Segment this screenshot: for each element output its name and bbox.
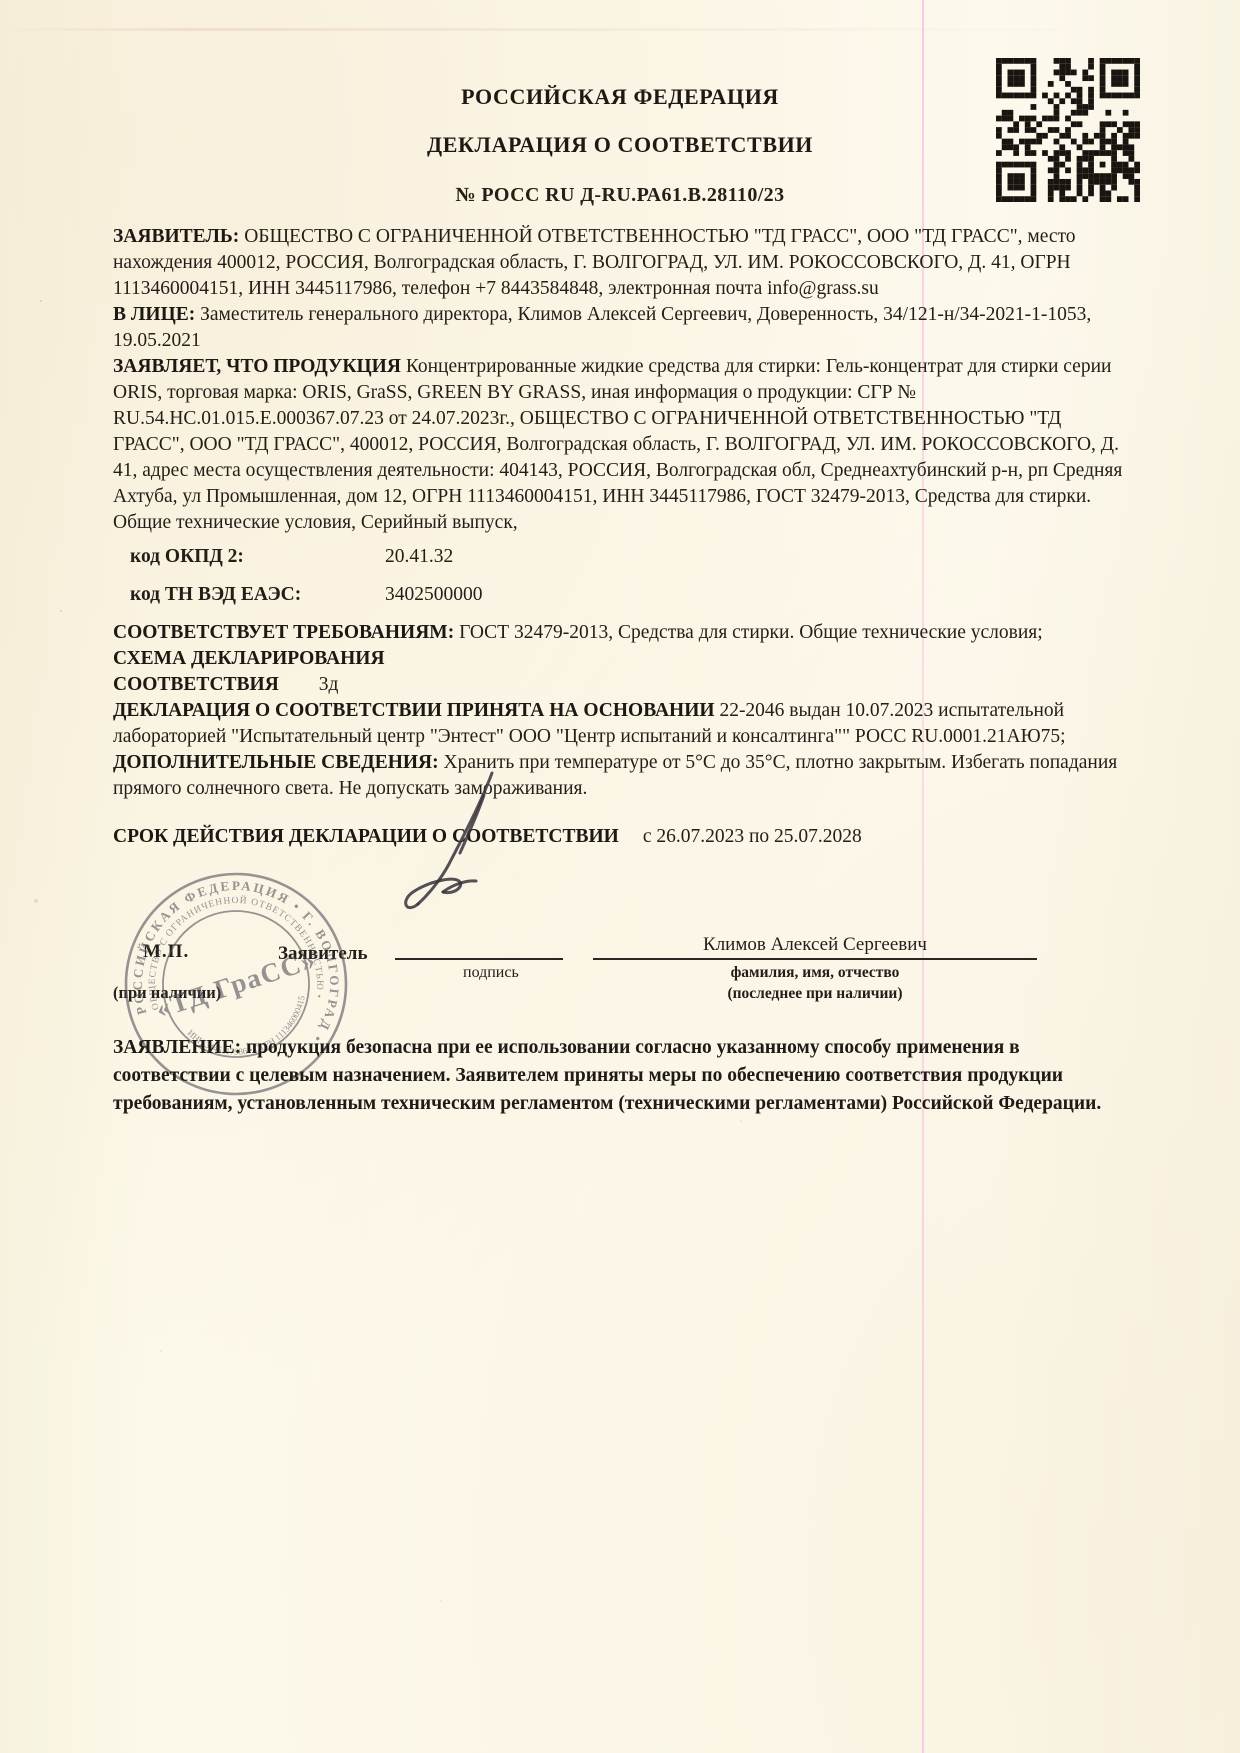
statement-label: ЗАЯВЛЕНИЕ: [113, 1037, 241, 1058]
mp-mark: М.П. [143, 941, 189, 963]
applicant-paragraph: ЗАЯВИТЕЛЬ: ОБЩЕСТВО С ОГРАНИЧЕННОЙ ОТВЕТ… [113, 224, 1131, 302]
additional-label: ДОПОЛНИТЕЛЬНЫЕ СВЕДЕНИЯ: [113, 752, 439, 773]
name-caption-note: (последнее при наличии) [593, 985, 1037, 1003]
applicant-label: ЗАЯВИТЕЛЬ: [113, 226, 239, 247]
statement-text: продукция безопасна при ее использовании… [113, 1037, 1101, 1114]
tnved-label: код ТН ВЭД ЕАЭС: [130, 582, 385, 608]
okpd-row: код ОКПД 2: 20.41.32 [130, 544, 1131, 570]
scheme-value: 3д [319, 674, 339, 695]
tnved-value: 3402500000 [385, 582, 483, 608]
scheme-line1: СХЕМА ДЕКЛАРИРОВАНИЯ [113, 646, 1131, 672]
tnved-row: код ТН ВЭД ЕАЭС: 3402500000 [130, 582, 1131, 608]
in-person-paragraph: В ЛИЦЕ: Заместитель генерального директо… [113, 302, 1131, 354]
complies-paragraph: СООТВЕТСТВУЕТ ТРЕБОВАНИЯМ: ГОСТ 32479-20… [113, 620, 1131, 646]
codes-block: код ОКПД 2: 20.41.32 код ТН ВЭД ЕАЭС: 34… [130, 544, 1131, 608]
basis-label: ДЕКЛАРАЦИЯ О СООТВЕТСТВИИ ПРИНЯТА НА ОСН… [113, 700, 715, 721]
scheme-label1: СХЕМА ДЕКЛАРИРОВАНИЯ [113, 648, 385, 669]
paper-crease [0, 28, 1240, 31]
validity-label: СРОК ДЕЙСТВИЯ ДЕКЛАРАЦИИ О СООТВЕТСТВИИ [113, 826, 619, 847]
name-line [593, 958, 1037, 960]
signature-line [395, 958, 563, 960]
product-label: ЗАЯВЛЯЕТ, ЧТО ПРОДУКЦИЯ [113, 356, 401, 377]
complies-text: ГОСТ 32479-2013, Средства для стирки. Об… [454, 622, 1043, 643]
product-paragraph: ЗАЯВЛЯЕТ, ЧТО ПРОДУКЦИЯ Концентрированны… [113, 354, 1131, 536]
complies-label: СООТВЕТСТВУЕТ ТРЕБОВАНИЯМ: [113, 622, 454, 643]
product-text: Концентрированные жидкие средства для ст… [113, 356, 1122, 533]
declaration-document: РОССИЙСКАЯ ФЕДЕРАЦИЯ ДЕКЛАРАЦИЯ О СООТВЕ… [0, 0, 1240, 1753]
applicant-role-label: Заявитель [278, 943, 368, 965]
scheme-label2: СООТВЕТСТВИЯ [113, 674, 279, 695]
okpd-value: 20.41.32 [385, 544, 453, 570]
validity-paragraph: СРОК ДЕЙСТВИЯ ДЕКЛАРАЦИИ О СООТВЕТСТВИИс… [113, 824, 1131, 850]
signer-name: Климов Алексей Сергеевич [593, 934, 1037, 956]
in-person-label: В ЛИЦЕ: [113, 304, 195, 325]
qr-code [996, 58, 1140, 202]
document-body: ЗАЯВИТЕЛЬ: ОБЩЕСТВО С ОГРАНИЧЕННОЙ ОТВЕТ… [113, 224, 1131, 850]
additional-paragraph: ДОПОЛНИТЕЛЬНЫЕ СВЕДЕНИЯ: Хранить при тем… [113, 750, 1131, 802]
applicant-text: ОБЩЕСТВО С ОГРАНИЧЕННОЙ ОТВЕТСТВЕННОСТЬЮ… [113, 226, 1076, 299]
in-person-text: Заместитель генерального директора, Клим… [113, 304, 1091, 351]
okpd-label: код ОКПД 2: [130, 544, 385, 570]
basis-paragraph: ДЕКЛАРАЦИЯ О СООТВЕТСТВИИ ПРИНЯТА НА ОСН… [113, 698, 1131, 750]
paper-speckles [40, 300, 42, 302]
mp-note: (при наличии) [113, 983, 221, 1003]
scheme-line2: СООТВЕТСТВИЯ3д [113, 672, 1131, 698]
signature-caption: подпись [463, 964, 519, 982]
name-caption: фамилия, имя, отчество [593, 964, 1037, 982]
validity-value: с 26.07.2023 по 25.07.2028 [643, 826, 862, 847]
statement-paragraph: ЗАЯВЛЕНИЕ: продукция безопасна при ее ис… [113, 1034, 1135, 1118]
